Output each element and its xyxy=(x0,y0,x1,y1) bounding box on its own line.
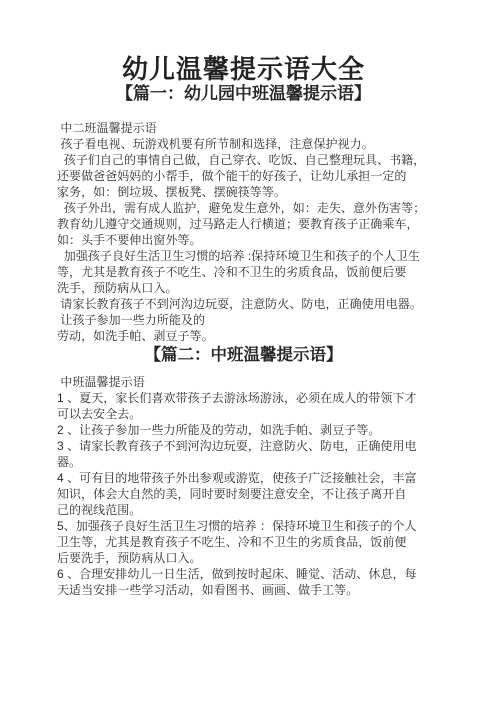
document-page: 幼儿温馨提示语大全 【篇一：幼儿园中班温馨提示语】 中二班温馨提示语 孩子看电视… xyxy=(0,0,500,708)
text-line: 孩子们自己的事情自己做，自己穿衣、吃饭、自己整理玩具、书籍， xyxy=(57,152,480,168)
text-line: 己的视线范围。 xyxy=(57,502,480,518)
text-line: 3 、请家长教育孩子不到河沟边玩耍，注意防火、防电，正确使用电 xyxy=(57,438,480,454)
text-line: 加强孩子良好生活卫生习惯的培养 :保持环境卫生和孩子的个人卫生 xyxy=(57,248,480,264)
text-line: 器。 xyxy=(57,454,480,470)
text-line: 中二班温馨提示语 xyxy=(57,120,480,136)
text-line: 4 、可有目的地带孩子外出参观或游览，使孩子广泛接触社会，丰富 xyxy=(57,470,480,486)
text-line: 5、加强孩子良好生活卫生习惯的培养 ：保持环境卫生和孩子的个人 xyxy=(57,518,480,534)
document-title: 幼儿温馨提示语大全 xyxy=(0,0,487,84)
section2-header: 【篇二：中班温馨提示语】 xyxy=(0,344,487,366)
section1-body: 中二班温馨提示语 孩子看电视、玩游戏机要有所节制和选择，注意保护视力。 孩子们自… xyxy=(0,120,500,344)
text-line: 如：头手不要伸出窗外等。 xyxy=(57,232,480,248)
text-line: 2 、让孩子参加一些力所能及的劳动，如洗手帕、剥豆子等。 xyxy=(57,422,480,438)
text-line: 孩子看电视、玩游戏机要有所节制和选择，注意保护视力。 xyxy=(57,136,480,152)
text-line: 6 、合理安排幼儿一日生活，做到按时起床、睡觉、活动、休息，每 xyxy=(57,566,480,582)
text-line: 知识，体会大自然的美，同时要时刻要注意安全，不让孩子离开自 xyxy=(57,486,480,502)
text-line: 1 、夏天，家长们喜欢带孩子去游泳场游泳，必须在成人的带领下才 xyxy=(57,390,480,406)
text-line: 天适当安排一些学习活动，如看图书、画画、做手工等。 xyxy=(57,582,480,598)
text-line: 可以去安全去。 xyxy=(57,406,480,422)
text-line: 还要做爸爸妈妈的小帮手，做个能干的好孩子，让幼儿承担一定的 xyxy=(57,168,480,184)
text-line: 后要洗手，预防病从口入。 xyxy=(57,550,480,566)
text-line: 请家长教育孩子不到河沟边玩耍，注意防火、防电，正确使用电器。 xyxy=(57,296,480,312)
text-line: 教育幼儿遵守交通规则，过马路走人行横道；要教育孩子正确乘车， xyxy=(57,216,480,232)
text-line: 等，尤其是教育孩子不吃生、冷和不卫生的劣质食品，饭前便后要 xyxy=(57,264,480,280)
text-line: 劳动，如洗手帕、剥豆子等。 xyxy=(57,328,480,344)
section2-body: 中班温馨提示语1 、夏天，家长们喜欢带孩子去游泳场游泳，必须在成人的带领下才可以… xyxy=(0,374,500,598)
text-line: 中班温馨提示语 xyxy=(57,374,480,390)
text-line: 洗手，预防病从口入。 xyxy=(57,280,480,296)
text-line: 家务，如：倒垃圾、摆板凳、摆碗筷等等。 xyxy=(57,184,480,200)
section1-header: 【篇一：幼儿园中班温馨提示语】 xyxy=(0,84,487,104)
text-line: 让孩子参加一些力所能及的 xyxy=(57,312,480,328)
text-line: 孩子外出，需有成人监护，避免发生意外，如：走失、意外伤害等； xyxy=(57,200,480,216)
text-line: 卫生等，尤其是教育孩子不吃生、冷和不卫生的劣质食品，饭前便 xyxy=(57,534,480,550)
